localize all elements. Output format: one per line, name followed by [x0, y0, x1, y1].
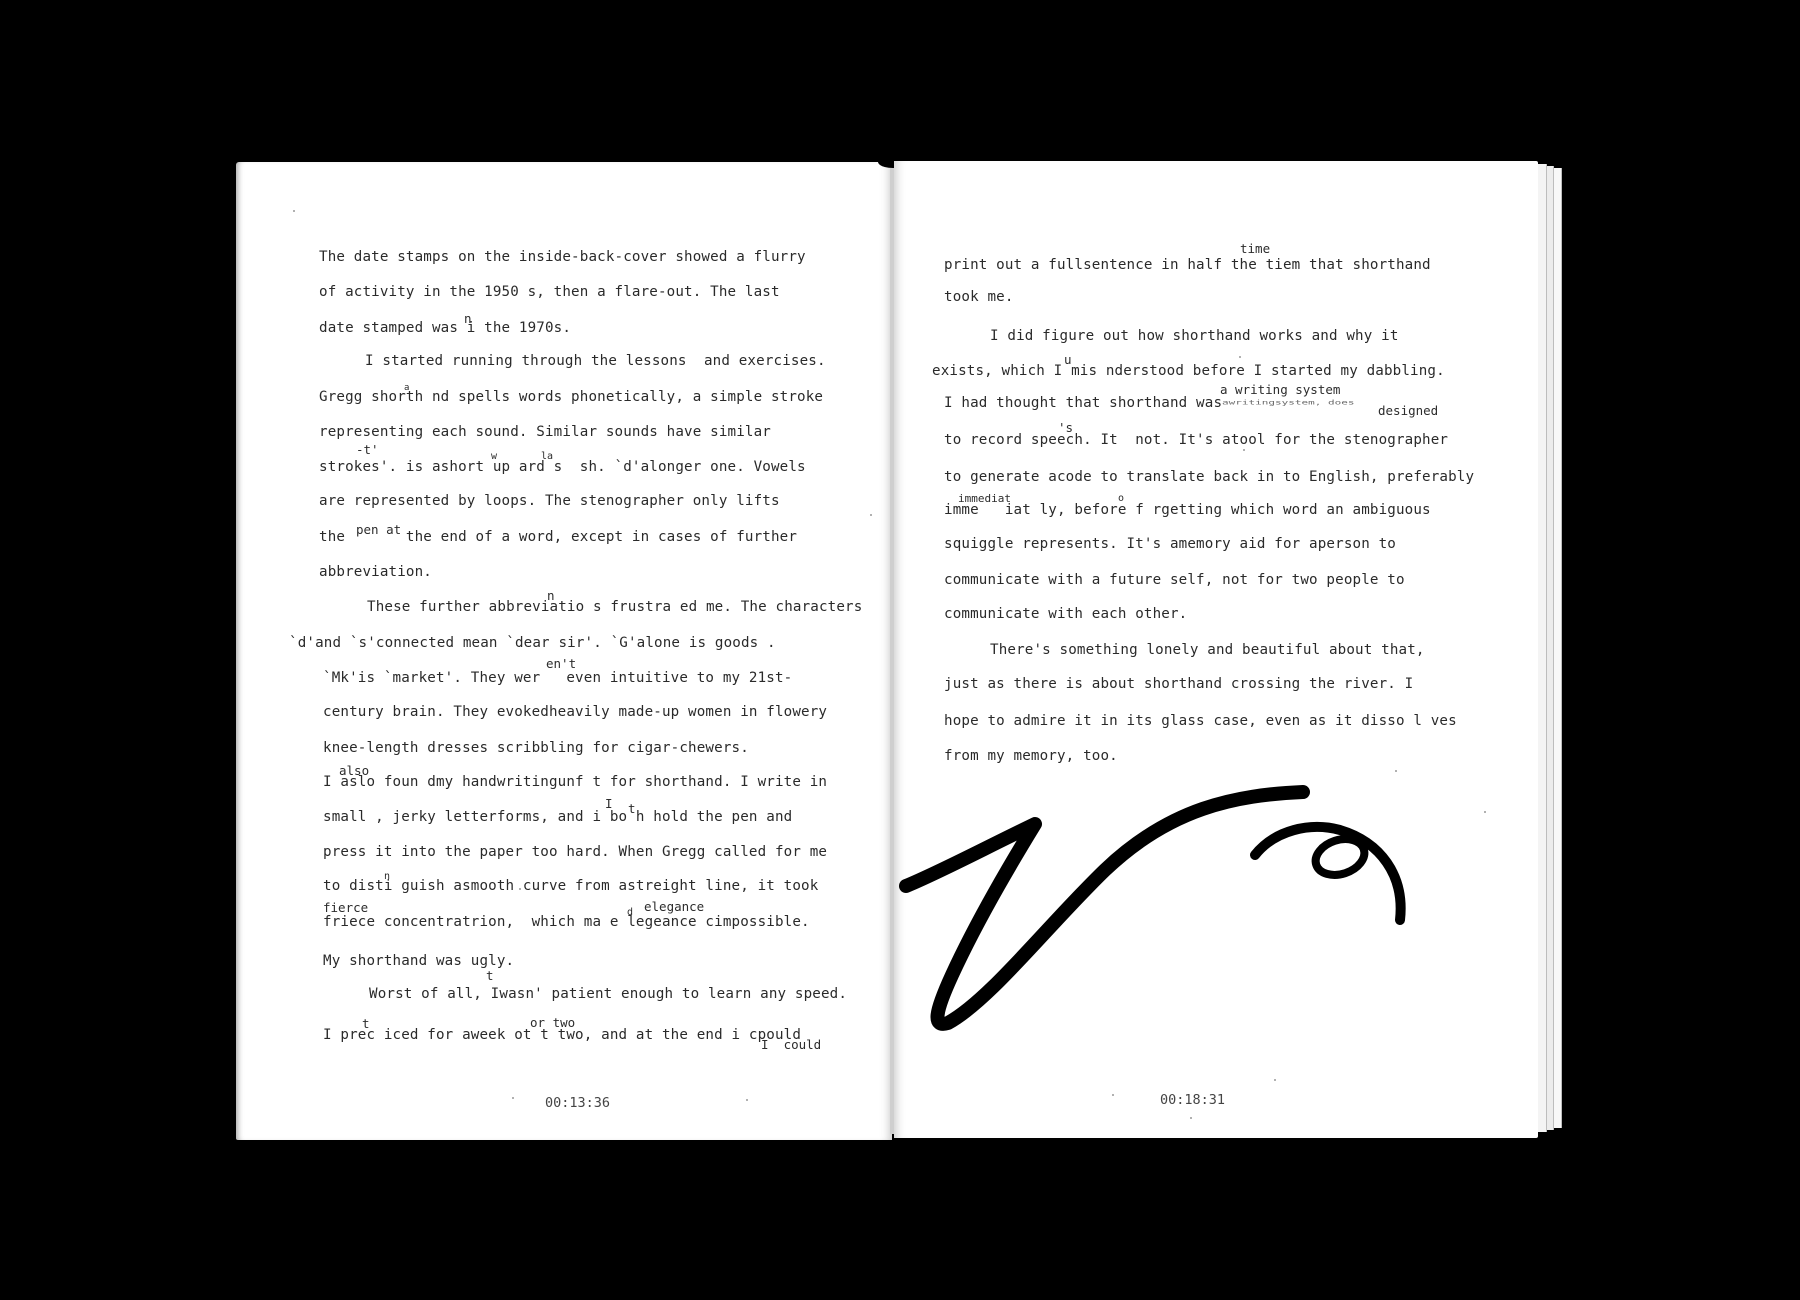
shorthand-squiggle-illustration — [0, 0, 1800, 1300]
open-book: The date stamps on the inside-back-cover… — [0, 0, 1800, 1300]
shorthand-loop — [1311, 833, 1369, 881]
shorthand-stroke-main — [906, 792, 1303, 1024]
